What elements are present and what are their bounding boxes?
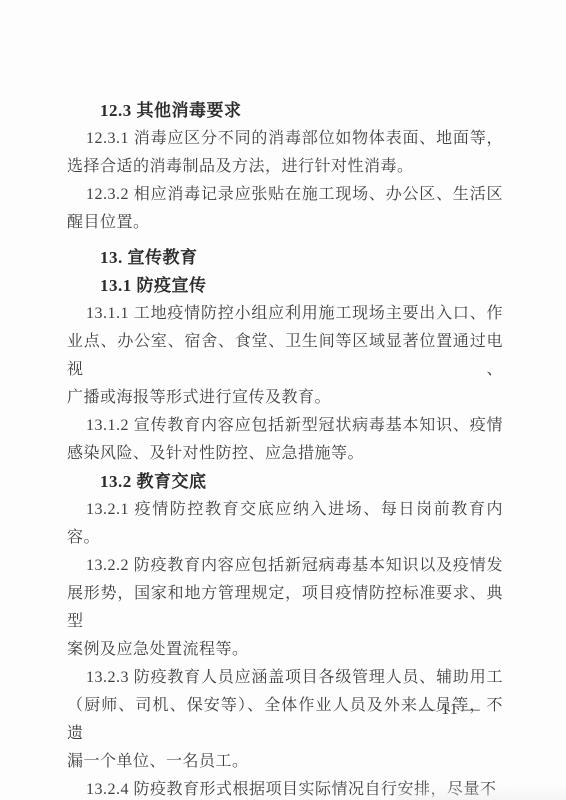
document-body: 12.3 其他消毒要求12.3.1 消毒应区分不同的消毒部位如物体表面、地面等，… (67, 97, 503, 800)
document-page: 12.3 其他消毒要求12.3.1 消毒应区分不同的消毒部位如物体表面、地面等，… (0, 0, 566, 800)
text-line: 13.1.1 工地疫情防控小组应利用施工现场主要出入口、作 (67, 300, 503, 328)
text-line: 展形势，国家和地方管理规定，项目疫情防控标准要求、典型 (67, 580, 503, 636)
clause-13-1-2: 13.1.2 宣传教育内容应包括新型冠状病毒基本知识、疫情感染风险、及针对性防控… (67, 412, 503, 468)
clause-12-3-1: 12.3.1 消毒应区分不同的消毒部位如物体表面、地面等，选择合适的消毒制品及方… (67, 125, 503, 181)
text-line: 13.2.4 防疫教育形式根据项目实际情况自行安排，尽量不 (67, 776, 503, 800)
section-12-3-heading: 12.3 其他消毒要求 (67, 97, 503, 125)
text-line: 漏一个单位、一名员工。 (67, 748, 503, 776)
page-number: — 11 — (400, 701, 500, 719)
chapter-13-heading: 13. 宣传教育 (67, 244, 503, 272)
clause-13-2-3: 13.2.3 防疫教育人员应涵盖项目各级管理人员、辅助用工（厨师、司机、保安等）… (67, 664, 503, 776)
section-13-2-heading: 13.2 教育交底 (67, 468, 503, 496)
text-line: 12.3.2 相应消毒记录应张贴在施工现场、办公区、生活区 (67, 181, 503, 209)
clause-13-2-1: 13.2.1 疫情防控教育交底应纳入进场、每日岗前教育内容。 (67, 496, 503, 552)
text-line: 13. 宣传教育 (67, 244, 503, 272)
text-line: 13.2.2 防疫教育内容应包括新冠病毒基本知识以及疫情发 (67, 552, 503, 580)
clause-13-1-1: 13.1.1 工地疫情防控小组应利用施工现场主要出入口、作业点、办公室、宿舍、食… (67, 300, 503, 412)
text-line: 13.2 教育交底 (67, 468, 503, 496)
text-line: 12.3.1 消毒应区分不同的消毒部位如物体表面、地面等， (67, 125, 503, 153)
text-line: 感染风险、及针对性防控、应急措施等。 (67, 440, 503, 468)
clause-12-3-2: 12.3.2 相应消毒记录应张贴在施工现场、办公区、生活区醒目位置。 (67, 181, 503, 237)
text-line: 案例及应急处置流程等。 (67, 636, 503, 664)
text-line: 醒目位置。 (67, 209, 503, 237)
text-line: 12.3 其他消毒要求 (67, 97, 503, 125)
text-line: 广播或海报等形式进行宣传及教育。 (67, 384, 503, 412)
clause-13-2-2: 13.2.2 防疫教育内容应包括新冠病毒基本知识以及疫情发展形势，国家和地方管理… (67, 552, 503, 664)
text-line: 13.1 防疫宣传 (67, 272, 503, 300)
text-line: 选择合适的消毒制品及方法，进行针对性消毒。 (67, 153, 503, 181)
text-line: 13.1.2 宣传教育内容应包括新型冠状病毒基本知识、疫情 (67, 412, 503, 440)
section-13-1-heading: 13.1 防疫宣传 (67, 272, 503, 300)
clause-13-2-4: 13.2.4 防疫教育形式根据项目实际情况自行安排，尽量不 (67, 776, 503, 800)
text-line: 13.2.1 疫情防控教育交底应纳入进场、每日岗前教育内容。 (67, 496, 503, 552)
text-line: 业点、办公室、宿舍、食堂、卫生间等区域显著位置通过电视、 (67, 328, 503, 384)
text-line: 13.2.3 防疫教育人员应涵盖项目各级管理人员、辅助用工 (67, 664, 503, 692)
